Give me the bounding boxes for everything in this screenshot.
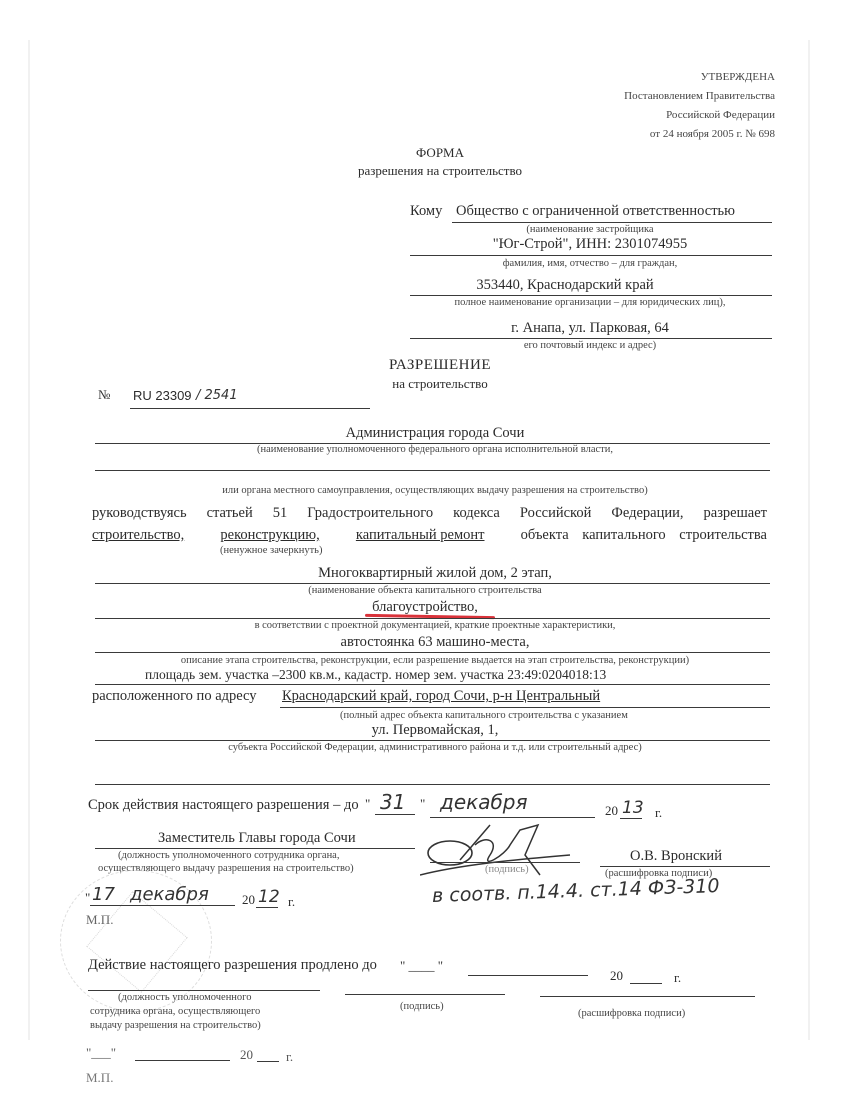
form-title: ФОРМА	[330, 145, 550, 161]
object-hint: (наименование объекта капитального строи…	[95, 585, 755, 596]
underline	[95, 470, 770, 471]
object-word: объекта капитального строительства	[521, 527, 767, 544]
permit-number-label: №	[98, 387, 110, 403]
validity-year-suffix: 13	[622, 798, 644, 818]
permit-number-handwritten: / 2541	[196, 388, 238, 403]
address-hint: (полный адрес объекта капитального строи…	[340, 710, 628, 721]
extension-label: Действие настоящего разрешения продлено …	[88, 957, 377, 974]
permit-number-value: RU 23309	[133, 388, 192, 403]
area-value: площадь зем. участка –2300 кв.м., кадаст…	[145, 667, 606, 683]
underline	[135, 1060, 230, 1061]
underline	[600, 866, 770, 867]
extension-signature-hint: (подпись)	[400, 1001, 444, 1012]
extension-year-unit: г.	[674, 970, 681, 986]
address-label: расположенного по адресу	[92, 688, 257, 705]
signature-hint: (подпись)	[485, 864, 529, 875]
issuer-hint: (наименование уполномоченного федерально…	[95, 444, 775, 455]
extension-seal-label: М.П.	[86, 1070, 113, 1086]
recipient-hint: полное наименование организации – для юр…	[400, 297, 780, 308]
underline	[430, 862, 580, 863]
underline	[90, 905, 235, 906]
option-construction: строительство,	[92, 527, 184, 544]
body-para-line-2: строительство, реконструкцию, капитальны…	[92, 527, 767, 544]
recipient-line-4: г. Анапа, ул. Парковая, 64	[410, 320, 770, 337]
permit-title: РАЗРЕШЕНИЕ	[320, 357, 560, 374]
object-line-2: благоустройство,	[95, 599, 755, 616]
address-value-2: ул. Первомайская, 1,	[95, 722, 775, 739]
signing-year-suffix: 12	[258, 887, 280, 907]
form-subtitle: разрешения на строительство	[310, 163, 570, 179]
underline	[410, 295, 772, 296]
underline	[130, 408, 370, 409]
extension-position-hint: (должность уполномоченного	[118, 992, 251, 1003]
recipient-hint: фамилия, имя, отчество – для граждан,	[410, 258, 770, 269]
address-hint: субъекта Российской Федерации, администр…	[95, 742, 775, 753]
strike-hint: (ненужное зачеркнуть)	[220, 545, 322, 556]
stage-hint: описание этапа строительства, реконструк…	[95, 655, 775, 666]
underline	[630, 983, 662, 984]
issuer-hint: или органа местного самоуправления, осущ…	[95, 485, 775, 496]
option-repair-struck: капитальный ремонт	[356, 527, 485, 544]
underline	[95, 684, 770, 685]
extension-name-hint: (расшифровка подписи)	[578, 1008, 685, 1019]
extension-year-prefix: 20	[610, 968, 623, 984]
underline	[410, 338, 772, 339]
extension-date-year-prefix: 20	[240, 1047, 253, 1063]
underline	[620, 818, 642, 819]
scan-edge	[808, 40, 810, 1040]
recipient-hint: его почтовый индекс и адрес)	[410, 340, 770, 351]
address-value-1: Краснодарский край, город Сочи, р-н Цент…	[282, 688, 600, 705]
validity-day: 31	[380, 790, 405, 814]
issuer-name: Администрация города Сочи	[95, 425, 775, 442]
quote: "	[420, 796, 425, 812]
signing-day: 17	[92, 884, 115, 905]
option-reconstruction-struck: реконструкцию,	[220, 527, 319, 544]
extension-date-quote: "___"	[86, 1045, 116, 1061]
underline	[95, 583, 770, 584]
extension-position-hint: выдачу разрешения на строительство)	[90, 1020, 261, 1031]
underline	[256, 907, 278, 908]
quote: "	[85, 890, 90, 906]
underline	[468, 975, 588, 976]
object-name: Многоквартирный жилой дом, 2 этап,	[95, 565, 775, 582]
underline	[375, 814, 415, 815]
signing-year-unit: г.	[288, 894, 295, 910]
signing-month: декабря	[130, 884, 209, 905]
recipient-line-2: "Юг-Строй", ИНН: 2301074955	[410, 236, 770, 253]
permit-number-hand-value: 2541	[205, 388, 238, 403]
extension-quote: " ____ "	[400, 958, 443, 974]
signatory-position: Заместитель Главы города Сочи	[158, 830, 356, 847]
chars-value: автостоянка 63 машино-места,	[95, 634, 775, 651]
seal-label: М.П.	[86, 912, 113, 928]
extension-position-hint: сотрудника органа, осуществляющего	[90, 1006, 260, 1017]
quote: "	[365, 796, 370, 812]
approval-line: Российской Федерации	[666, 109, 775, 121]
underline	[95, 848, 415, 849]
underline	[345, 994, 505, 995]
permit-subtitle: на строительство	[320, 376, 560, 392]
scan-edge	[28, 40, 30, 1040]
underline	[88, 990, 320, 991]
validity-year-unit: г.	[655, 805, 662, 821]
validity-year-prefix: 20	[605, 803, 618, 819]
signing-year-prefix: 20	[242, 892, 255, 908]
approval-line: Постановлением Правительства	[624, 90, 775, 102]
underline	[410, 255, 772, 256]
underline	[280, 707, 770, 708]
body-para-line-1: руководствуясь статьей 51 Градостроитель…	[92, 505, 767, 522]
signatory-position-hint: (должность уполномоченного сотрудника ор…	[118, 850, 339, 861]
chars-hint: в соответствии с проектной документацией…	[95, 620, 775, 631]
recipient-line-3: 353440, Краснодарский край	[410, 277, 720, 294]
underline	[95, 652, 770, 653]
signatory-name: О.В. Вронский	[630, 848, 722, 865]
approval-line: от 24 ноября 2005 г. № 698	[650, 128, 775, 140]
recipient-label: Кому	[410, 203, 442, 220]
underline	[257, 1061, 279, 1062]
underline	[95, 618, 770, 619]
underline	[95, 784, 770, 785]
underline	[540, 996, 755, 997]
underline	[95, 740, 770, 741]
validity-label: Срок действия настоящего разрешения – до	[88, 797, 359, 814]
recipient-line-1: Общество с ограниченной ответственностью	[456, 203, 735, 220]
approval-title: УТВЕРЖДЕНА	[701, 71, 775, 83]
underline	[452, 222, 772, 223]
validity-month: декабря	[440, 790, 528, 814]
extension-date-unit: г.	[286, 1049, 293, 1065]
recipient-hint: (наименование застройщика	[410, 224, 770, 235]
